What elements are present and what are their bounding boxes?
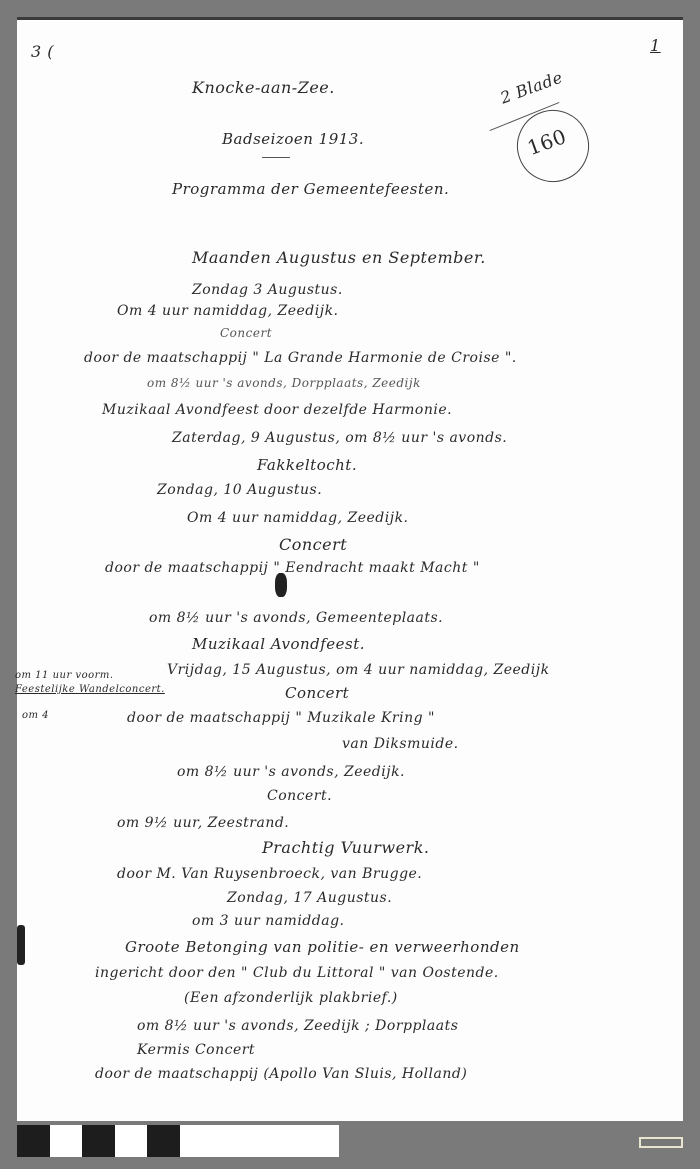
margin-note: Feestelijke Wandelconcert. <box>15 684 165 695</box>
edge-ink-mark <box>17 925 25 965</box>
grey-scale-bar <box>17 1125 339 1157</box>
line: Concert. <box>267 788 332 804</box>
season-title: Badseizoen 1913. <box>222 130 364 148</box>
line: Concert <box>220 326 272 340</box>
scale-block-black <box>82 1125 115 1157</box>
line: Groote Betonging van politie- en verweer… <box>125 938 520 956</box>
ink-blot <box>275 573 287 597</box>
line: (Een afzonderlijk plakbrief.) <box>184 990 398 1006</box>
line: Concert <box>279 535 347 554</box>
line: Zondag 3 Augustus. <box>192 282 343 298</box>
line: door de maatschappij " La Grande Harmoni… <box>84 350 517 366</box>
margin-note: om 4 <box>22 710 49 721</box>
line: Concert <box>285 684 349 702</box>
scale-mark <box>639 1137 683 1148</box>
line: om 9½ uur, Zeestrand. <box>117 815 289 831</box>
line: Zondag, 17 Augustus. <box>227 890 392 906</box>
line: ingericht door den " Club du Littoral " … <box>95 965 499 981</box>
line: door de maatschappij (Apollo Van Sluis, … <box>95 1066 467 1082</box>
line: door M. Van Ruysenbroeck, van Brugge. <box>117 866 422 882</box>
line: om 8½ uur 's avonds, Zeedijk. <box>177 764 405 780</box>
line: Zondag, 10 Augustus. <box>157 482 322 498</box>
scale-block-white <box>115 1125 147 1157</box>
line: Om 4 uur namiddag, Zeedijk. <box>187 510 409 526</box>
line: Fakkeltocht. <box>257 456 357 474</box>
line: om 8½ uur 's avonds, Gemeenteplaats. <box>149 610 443 626</box>
document-page: 3 ( 1 2 Blade 160 Knocke-aan-Zee. Badsei… <box>17 17 683 1121</box>
scale-block-white <box>180 1125 339 1157</box>
line: om 8½ uur 's avonds, Zeedijk ; Dorpplaat… <box>137 1018 458 1034</box>
line: Kermis Concert <box>137 1042 255 1058</box>
margin-note: om 11 uur voorm. <box>15 670 114 681</box>
line: Muzikaal Avondfeest. <box>192 635 365 653</box>
program-title: Programma der Gemeentefeesten. <box>172 180 449 198</box>
line: Vrijdag, 15 Augustus, om 4 uur namiddag,… <box>167 662 550 678</box>
scale-block-black <box>147 1125 180 1157</box>
line: Zaterdag, 9 Augustus, om 8½ uur 's avond… <box>172 430 507 446</box>
line: om 8½ uur 's avonds, Dorpplaats, Zeedijk <box>147 376 421 390</box>
line: om 3 uur namiddag. <box>192 913 345 929</box>
line: Prachtig Vuurwerk. <box>262 838 429 857</box>
period-title: Maanden Augustus en September. <box>192 248 486 267</box>
line: Om 4 uur namiddag, Zeedijk. <box>117 303 339 319</box>
divider <box>262 157 290 158</box>
line: van Diksmuide. <box>342 736 459 752</box>
corner-mark-top-left: 3 ( <box>31 42 54 61</box>
place-title: Knocke-aan-Zee. <box>192 78 335 97</box>
scale-block-white <box>50 1125 82 1157</box>
page-number: 1 <box>650 36 661 55</box>
line: door de maatschappij " Muzikale Kring " <box>127 710 435 726</box>
line: door de maatschappij " Eendracht maakt M… <box>105 560 480 576</box>
line: Muzikaal Avondfeest door dezelfde Harmon… <box>102 402 452 418</box>
scale-block-black <box>17 1125 50 1157</box>
annotation-blade: 2 Blade <box>498 67 565 107</box>
